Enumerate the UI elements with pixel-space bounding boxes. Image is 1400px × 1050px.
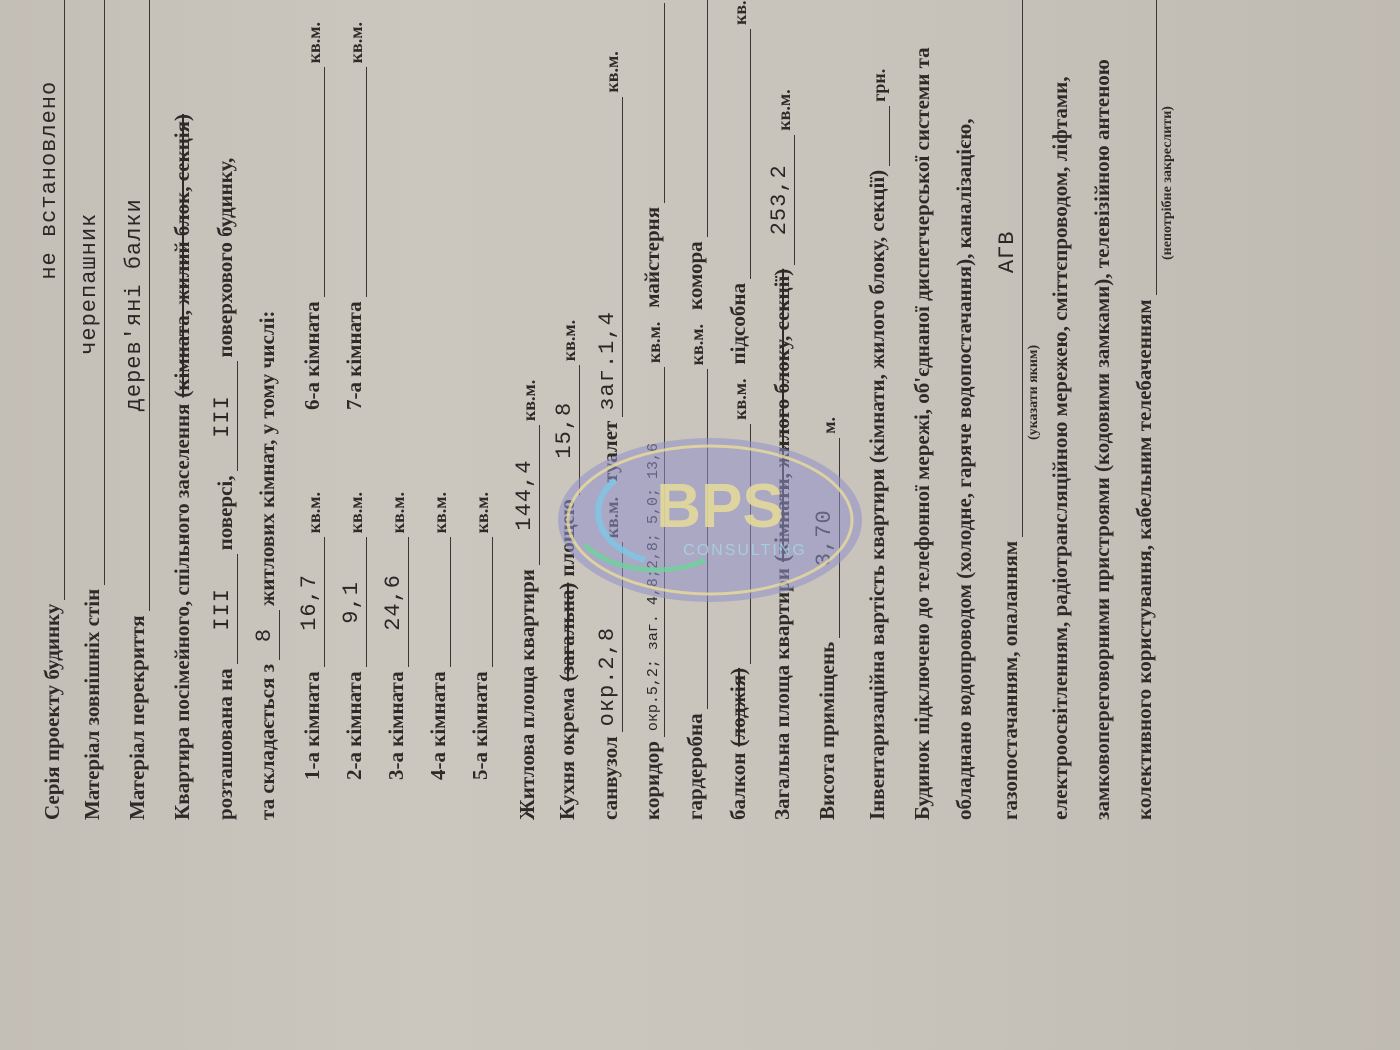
field-wardrobe: гардеробна кв.м. комора кв.м. xyxy=(683,0,708,820)
field-living-area: Житлова площа квартири 144,4 кв.м. xyxy=(515,380,540,820)
room-3-blank[interactable]: 24,6 xyxy=(386,537,409,667)
utility-blank[interactable] xyxy=(728,29,751,279)
field-total-area: Загальна площа квартири (кімнати, жилого… xyxy=(770,89,795,820)
room-5-blank[interactable] xyxy=(470,537,493,667)
field-floor-material: Матеріал перекриття дерев'яні балки xyxy=(125,0,150,820)
room-6: 6-а кімната кв.м. xyxy=(300,22,325,410)
utilities-line-3: газопостачанням, опаланням АГВ , xyxy=(998,0,1023,820)
room-7: 7-а кімната кв.м. xyxy=(342,22,367,410)
room-6-blank[interactable] xyxy=(302,67,325,297)
field-balcony: балкон (лоджія) кв.м. підсобна кв.м. xyxy=(726,0,751,820)
kitchen-blank[interactable]: 15,8 xyxy=(557,365,580,495)
field-corridor: коридор окр.5,2; заг. 4,8;2,8; 5,0; 13,6… xyxy=(640,0,665,820)
ceiling-height-blank[interactable]: 3,70 xyxy=(817,438,840,638)
wall-material-blank[interactable]: черепашник xyxy=(82,0,105,585)
bathroom-blank[interactable]: окр.2,8 xyxy=(600,542,623,732)
room-3: 3-а кімната 24,6 кв.м. xyxy=(384,492,409,780)
field-location: розташована на III поверсі, III поверхов… xyxy=(213,158,238,820)
room-5: 5-а кімната кв.м. xyxy=(468,492,493,780)
heating-blank[interactable]: АГВ xyxy=(1000,0,1023,537)
field-kitchen: Кухня окрема (загальна) площею 15,8 кв.м… xyxy=(555,320,580,820)
form-page: ТЕХНІЧНА ХАРАКТЕРИСТИКА КВАРТИРИ (кімнат… xyxy=(0,30,1140,1030)
total-area-blank[interactable]: 253,2 xyxy=(772,135,795,265)
cable-tv-blank[interactable] xyxy=(1134,0,1157,295)
room-4: 4-а кімната кв.м. xyxy=(426,492,451,780)
floors-total-blank[interactable]: III xyxy=(215,361,238,471)
field-rooms-count: та складається з 8 житлових кімнат, у то… xyxy=(255,311,280,820)
utilities-line-1: Будинок підключено до телефонної мережі,… xyxy=(910,47,935,820)
field-wall-material: Матеріал зовнішніх стін черепашник xyxy=(80,0,105,820)
floor-material-blank[interactable]: дерев'яні балки xyxy=(127,0,150,611)
wardrobe-blank[interactable] xyxy=(685,369,708,709)
utilities-line-4: електроосвітленням, радіотрансляційною м… xyxy=(1048,77,1073,821)
utilities-line-5: замковопереговорними пристроями (кодовим… xyxy=(1090,59,1115,820)
inventory-value-blank[interactable] xyxy=(867,106,890,166)
room-4-blank[interactable] xyxy=(428,537,451,667)
field-settlement: Квартира посімейного, спільного заселенн… xyxy=(170,114,195,820)
field-inventory-value: Інвентаризаційна вартість квартири (кімн… xyxy=(865,69,890,820)
toilet-blank[interactable]: заг.1,4 xyxy=(600,97,623,417)
field-ceiling-height: Висота приміщень 3,70 м. xyxy=(815,417,840,820)
document-photo: ТЕХНІЧНА ХАРАКТЕРИСТИКА КВАРТИРИ (кімнат… xyxy=(0,0,1400,1050)
floor-blank[interactable]: III xyxy=(215,554,238,664)
utilities-line-6: колективного користування, кабельним тел… xyxy=(1132,0,1157,820)
living-area-blank[interactable]: 144,4 xyxy=(517,425,540,565)
room-1-blank[interactable]: 16,7 xyxy=(302,537,325,667)
room-1: 1-а кімната 16,7 кв.м. xyxy=(300,492,325,780)
room-7-blank[interactable] xyxy=(344,67,367,297)
rooms-count-blank[interactable]: 8 xyxy=(257,610,280,660)
corridor-blank[interactable]: окр.5,2; заг. 4,8;2,8; 5,0; 13,6 xyxy=(642,367,665,737)
utilities-line-2: обладнано водопроводом (холодне, гаряче … xyxy=(952,119,977,821)
balcony-blank[interactable] xyxy=(728,424,751,664)
storage-blank[interactable] xyxy=(685,0,708,237)
room-2: 2-а кімната 9,1 кв.м. xyxy=(342,492,367,780)
heating-note: (указати яким) xyxy=(1026,345,1042,440)
room-2-blank[interactable]: 9,1 xyxy=(344,537,367,667)
field-bathroom: санвузол окр.2,8 кв.м. туалет заг.1,4 кв… xyxy=(598,51,623,820)
field-project-series: Серія проекту будинку не встановлено xyxy=(40,0,65,820)
workshop-blank[interactable] xyxy=(642,3,665,203)
project-series-blank[interactable]: не встановлено xyxy=(42,0,65,600)
strike-note: (непотрібне закреслити) xyxy=(1160,106,1176,260)
